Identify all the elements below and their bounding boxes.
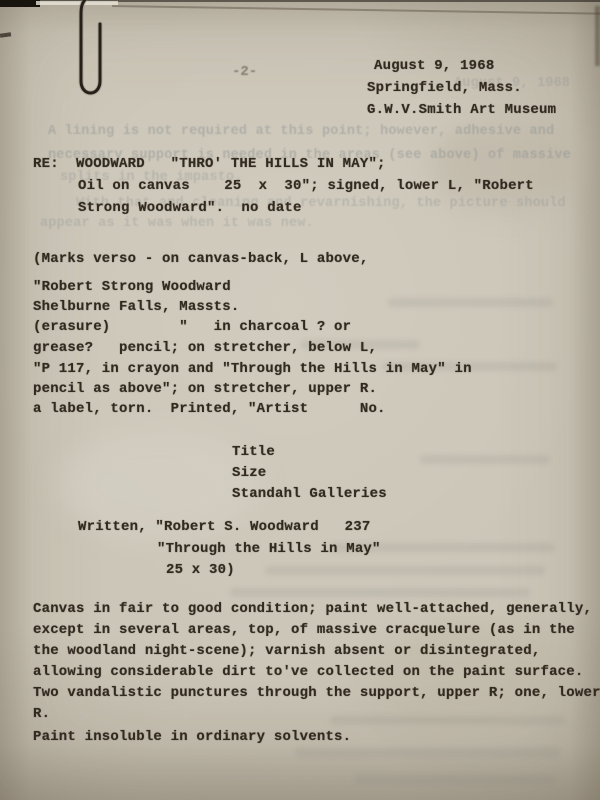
typed-line: Two vandalistic punctures through the su…: [33, 685, 600, 701]
ghost-smudge: [420, 455, 550, 464]
typed-line: (erasure) " in charcoal ? or: [33, 319, 351, 335]
ghost-smudge: [330, 716, 565, 725]
typed-line: "P 117, in crayon and "Through the Hills…: [33, 361, 472, 377]
typed-line: except in several areas, top, of massive…: [33, 622, 575, 638]
photographed-document: A lining is not required at this point; …: [0, 0, 600, 800]
label-galleries: Standahl Galleries: [232, 486, 387, 502]
typed-line: 25 x 30): [166, 562, 235, 578]
typed-line: Oil on canvas 25 x 30"; signed, lower L,…: [78, 178, 534, 194]
label-size: Size: [232, 465, 266, 481]
typed-line: Written, "Robert S. Woodward 237: [78, 519, 370, 535]
typed-line: a label, torn. Printed, "Artist No.: [33, 401, 386, 417]
typed-line: allowing considerable dirt to've collect…: [33, 664, 584, 680]
ghost-smudge: [295, 748, 560, 757]
typed-line: Paint insoluble in ordinary solvents.: [33, 729, 351, 745]
header-date: August 9, 1968: [374, 58, 494, 74]
header-institution: G.W.V.Smith Art Museum: [367, 102, 556, 118]
typed-line: R.: [33, 706, 50, 722]
typed-line: Canvas in fair to good condition; paint …: [33, 601, 592, 617]
ghost-smudge: [230, 588, 530, 597]
re-subject-line: RE: WOODWARD "THRO' THE HILLS IN MAY";: [33, 156, 386, 172]
header-city: Springfield, Mass.: [367, 80, 522, 96]
ghost-smudge: [355, 775, 555, 784]
right-edge-shadow: [595, 6, 600, 66]
paper-sheet: [0, 0, 600, 800]
typed-line: "Robert Strong Woodward: [33, 279, 231, 295]
paperclip-icon: [76, 0, 110, 113]
typed-line: the woodland night-scene); varnish absen…: [33, 643, 540, 659]
ghost-smudge: [265, 566, 545, 575]
typed-line: Strong Woodward". no date: [78, 200, 302, 216]
typed-line: Shelburne Falls, Massts.: [33, 299, 239, 315]
label-title: Title: [232, 444, 275, 460]
ghost-smudge: [388, 298, 553, 307]
page-number: -2-: [232, 64, 257, 80]
typed-line: grease? pencil; on stretcher, below L,: [33, 340, 377, 356]
ghost-text-line: A lining is not required at this point; …: [48, 124, 554, 139]
typed-line: (Marks verso - on canvas-back, L above,: [33, 251, 368, 267]
typed-line: "Through the Hills in May": [157, 541, 381, 557]
ghost-text-line: appear as it was when it was new.: [40, 216, 314, 231]
typed-line: pencil as above"; on stretcher, upper R.: [33, 381, 377, 397]
